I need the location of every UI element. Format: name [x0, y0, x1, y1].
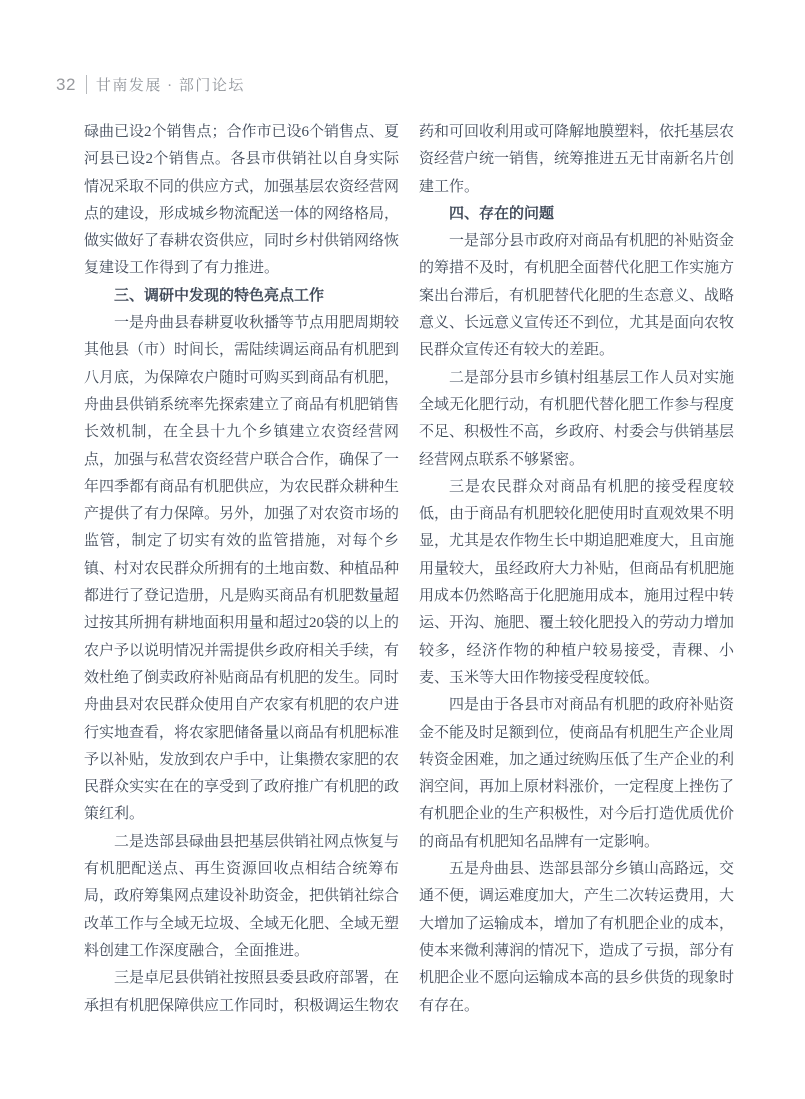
paragraph-right-1: 一是部分县市政府对商品有机肥的补贴资金的筹措不及时，有机肥全面替代化肥工作实施方…: [419, 228, 734, 364]
paragraph-left-2: 二是迭部县碌曲县把基层供销社网点恢复与有机肥配送点、再生资源回收点相结合统筹布局…: [84, 829, 399, 965]
paragraph-left-continued: 碌曲已设2个销售点；合作市已设6个销售点、夏河县已设2个销售点。各县市供销社以自…: [84, 119, 399, 283]
header-divider: [86, 75, 87, 94]
section-heading-4: 四、存在的问题: [419, 201, 734, 228]
two-column-body: 碌曲已设2个销售点；合作市已设6个销售点、夏河县已设2个销售点。各县市供销社以自…: [84, 119, 734, 1020]
page-header: 32 甘南发展 · 部门论坛: [56, 74, 245, 95]
section-heading-3: 三、调研中发现的特色亮点工作: [84, 283, 399, 310]
paragraph-right-3: 三是农民群众对商品有机肥的接受程度较低，由于商品有机肥较化肥使用时直观效果不明显…: [419, 474, 734, 692]
left-column: 碌曲已设2个销售点；合作市已设6个销售点、夏河县已设2个销售点。各县市供销社以自…: [84, 119, 399, 1020]
paragraph-right-2: 二是部分县市乡镇村组基层工作人员对实施全域无化肥行动，有机肥代替化肥工作参与程度…: [419, 365, 734, 474]
paragraph-left-1: 一是舟曲县春耕夏收秋播等节点用肥周期较其他县（市）时间长，需陆续调运商品有机肥到…: [84, 310, 399, 829]
page-number: 32: [56, 75, 76, 95]
journal-title: 甘南发展 · 部门论坛: [96, 74, 245, 95]
paragraph-right-5: 五是舟曲县、迭部县部分乡镇山高路远，交通不便，调运难度加大，产生二次转运费用，大…: [419, 856, 734, 1020]
paragraph-left-3: 三是卓尼县供销社按照县委县政府部署，在承担有机肥保障供应工作同时，积极调运生物农: [84, 965, 399, 1020]
paragraph-right-4: 四是由于各县市对商品有机肥的政府补贴资金不能及时足额到位，使商品有机肥生产企业周…: [419, 692, 734, 856]
right-column: 药和可回收利用或可降解地膜塑料，依托基层农资经营户统一销售，统筹推进五无甘南新名…: [419, 119, 734, 1020]
paragraph-right-continued: 药和可回收利用或可降解地膜塑料，依托基层农资经营户统一销售，统筹推进五无甘南新名…: [419, 119, 734, 201]
document-page: 32 甘南发展 · 部门论坛 碌曲已设2个销售点；合作市已设6个销售点、夏河县已…: [0, 0, 805, 1099]
